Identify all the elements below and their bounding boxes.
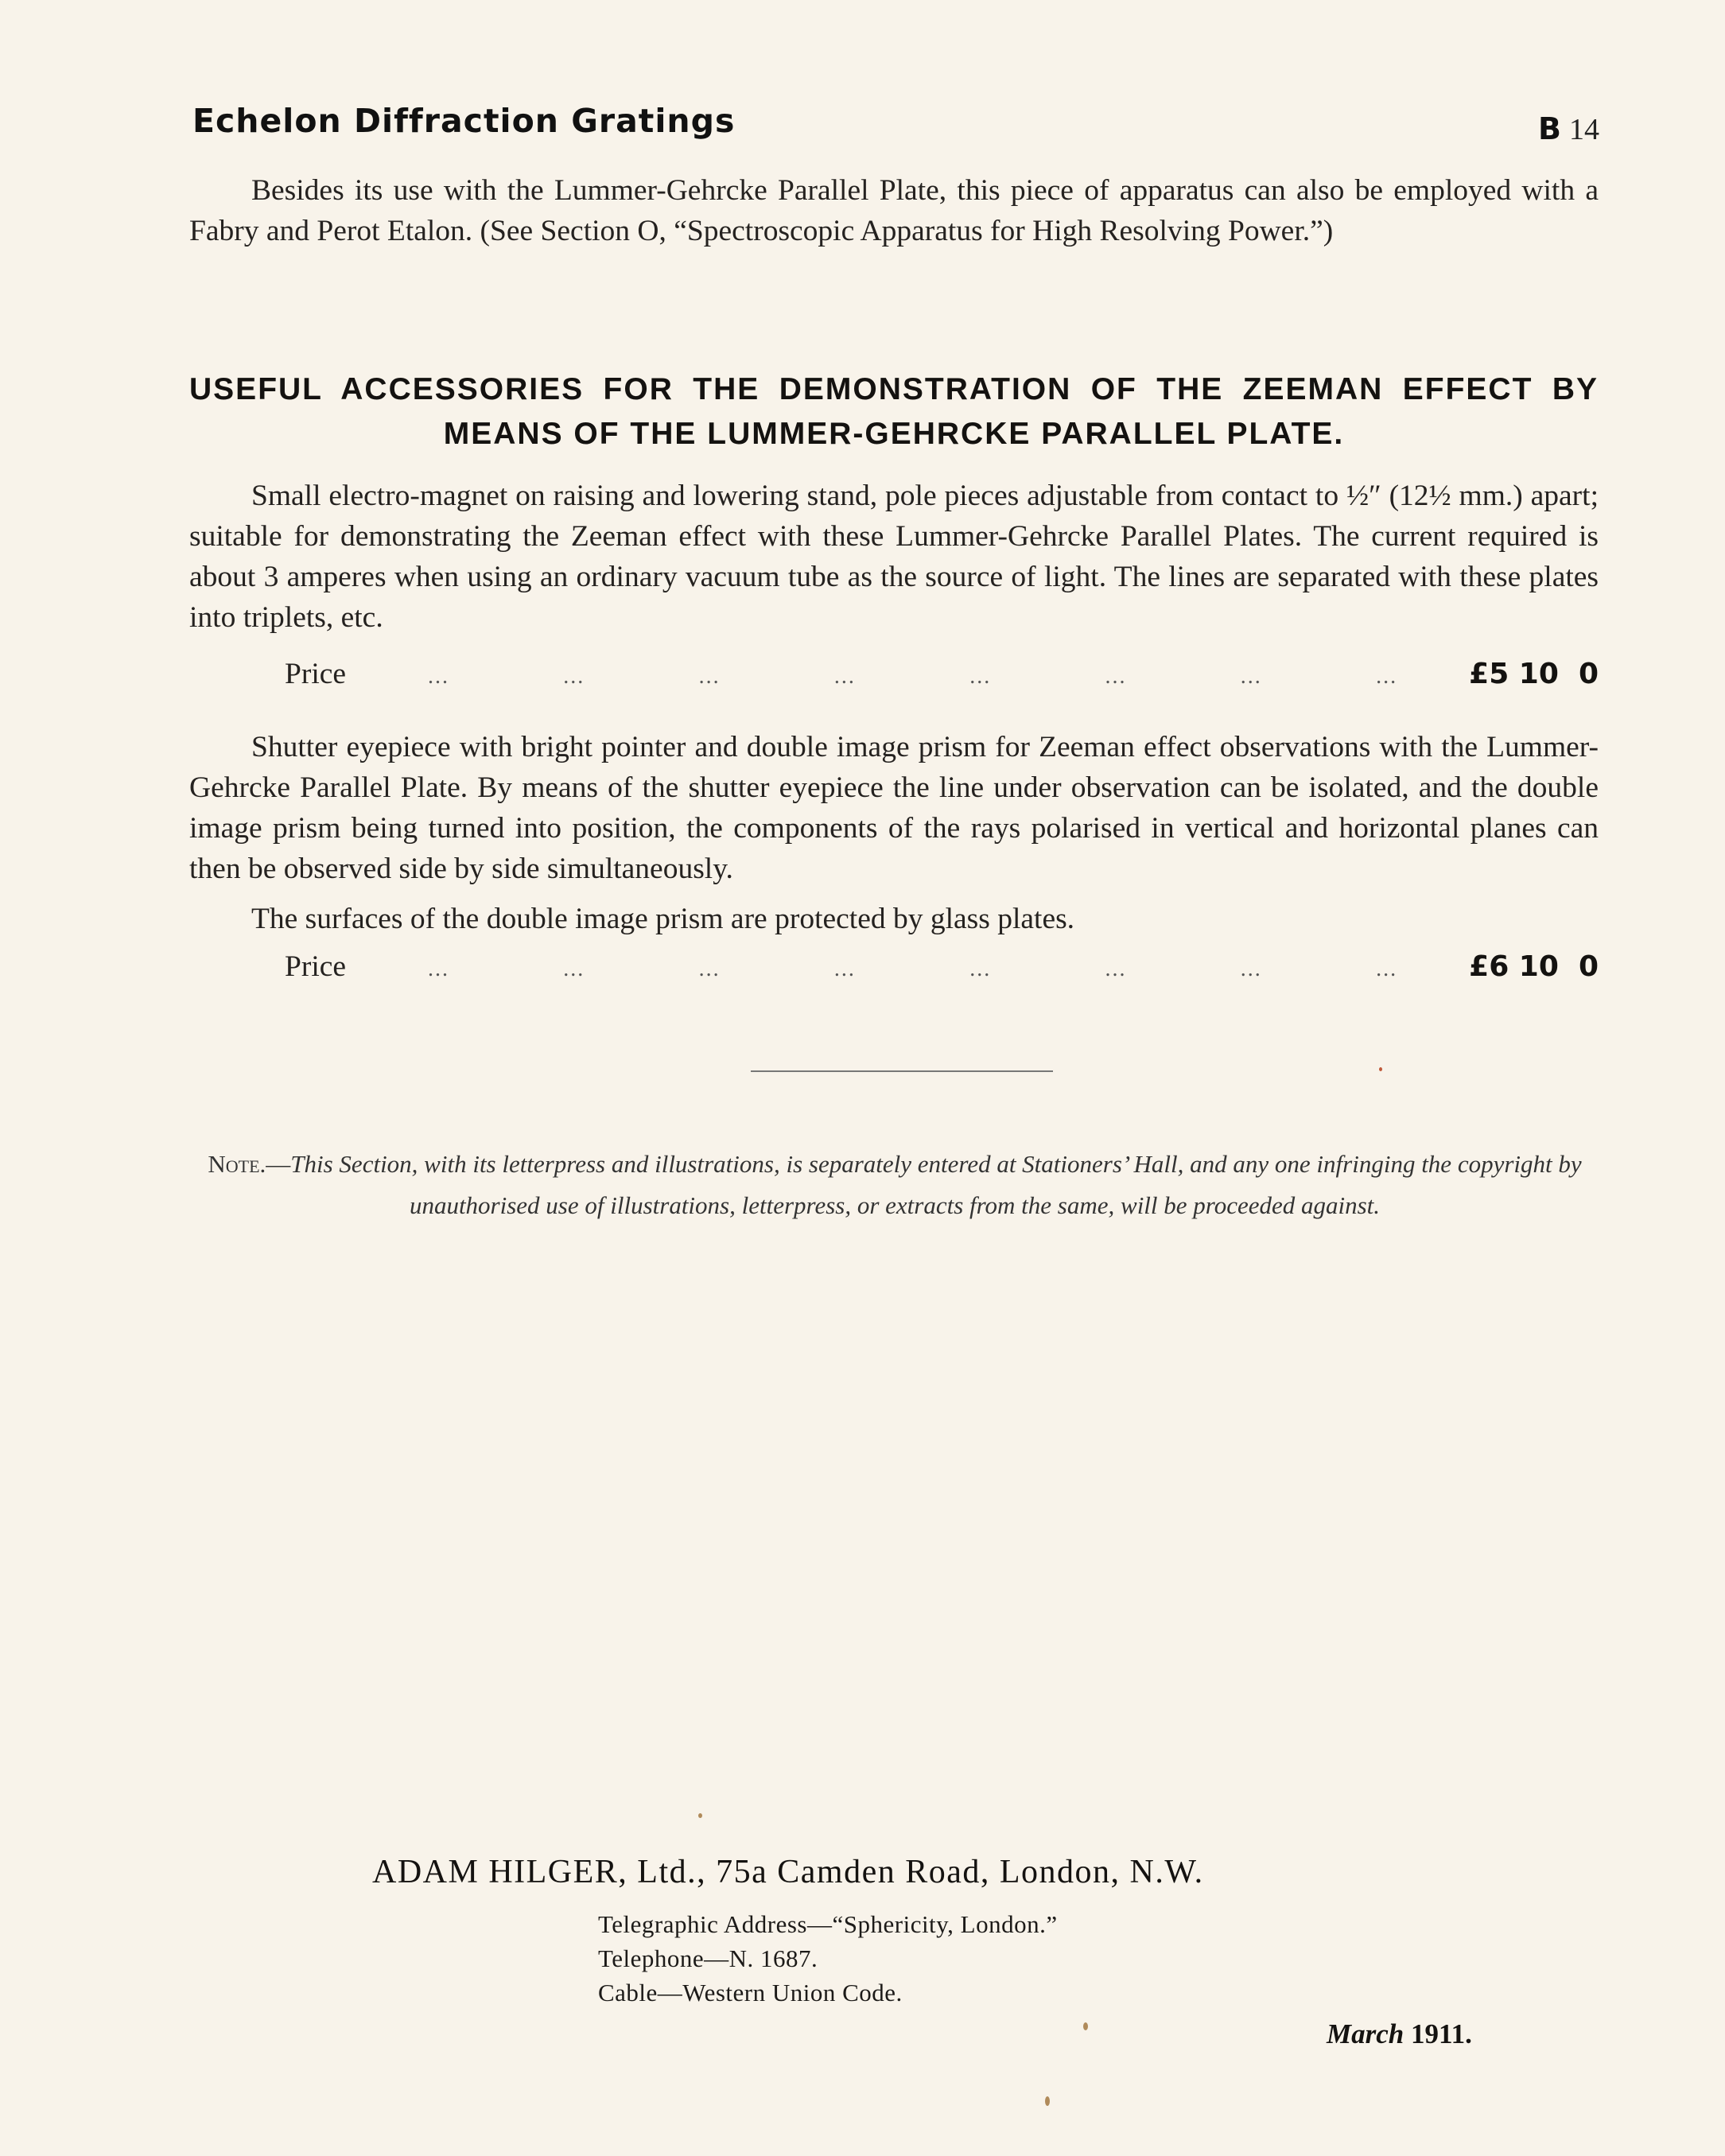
- price-value: £5 10 0: [1469, 658, 1599, 690]
- section-divider: [751, 1070, 1053, 1072]
- price-label: Price: [285, 950, 428, 984]
- paper-speck: [1379, 1067, 1382, 1071]
- section-heading: USEFUL ACCESSORIES FOR THE DEMONSTRATION…: [189, 367, 1599, 456]
- leader-dots: ........................: [428, 664, 1469, 690]
- contact-details: Telegraphic Address—“Sphericity, London.…: [598, 1907, 1058, 2010]
- paper-speck: [698, 1813, 702, 1818]
- price-row: Price ........................ £6 10 0: [285, 950, 1599, 989]
- leader-dots: ........................: [428, 957, 1469, 982]
- page-number-value: 14: [1569, 113, 1599, 146]
- publication-date: March 1911.: [1327, 2018, 1472, 2050]
- price-label: Price: [285, 657, 428, 691]
- date-month: March: [1327, 2018, 1404, 2049]
- page-title: Echelon Diffraction Gratings: [192, 102, 735, 140]
- note-lead: Note.—: [208, 1150, 290, 1178]
- telephone-number: Telephone—N. 1687.: [598, 1941, 1058, 1975]
- intro-paragraph: Besides its use with the Lummer-Gehrcke …: [189, 170, 1599, 251]
- date-year: 1911.: [1411, 2018, 1472, 2049]
- page-number: B14: [1538, 111, 1599, 147]
- catalogue-page: Echelon Diffraction Gratings B14 Besides…: [0, 0, 1725, 2156]
- paper-speck: [1083, 2022, 1088, 2030]
- note-text: This Section, with its letterpress and i…: [290, 1150, 1581, 1219]
- paper-speck: [1045, 2096, 1050, 2106]
- item-description: Small electro-magnet on raising and lowe…: [189, 476, 1599, 638]
- section-heading-line-1: USEFUL ACCESSORIES FOR THE DEMONSTRATION…: [189, 367, 1599, 412]
- section-heading-line-2: MEANS OF THE LUMMER-GEHRCKE PARALLEL PLA…: [189, 412, 1599, 456]
- price-row: Price ........................ £5 10 0: [285, 657, 1599, 697]
- section-letter: B: [1538, 111, 1561, 146]
- telegraphic-address: Telegraphic Address—“Sphericity, London.…: [598, 1907, 1058, 1941]
- cable-code: Cable—Western Union Code.: [598, 1975, 1058, 2010]
- item-note: The surfaces of the double image prism a…: [189, 899, 1599, 939]
- company-address: ADAM HILGER, Ltd., 75a Camden Road, Lond…: [372, 1853, 1204, 1891]
- item-description: Shutter eyepiece with bright pointer and…: [189, 727, 1599, 889]
- price-value: £6 10 0: [1469, 950, 1599, 983]
- copyright-note: Note.—This Section, with its letterpress…: [191, 1144, 1599, 1226]
